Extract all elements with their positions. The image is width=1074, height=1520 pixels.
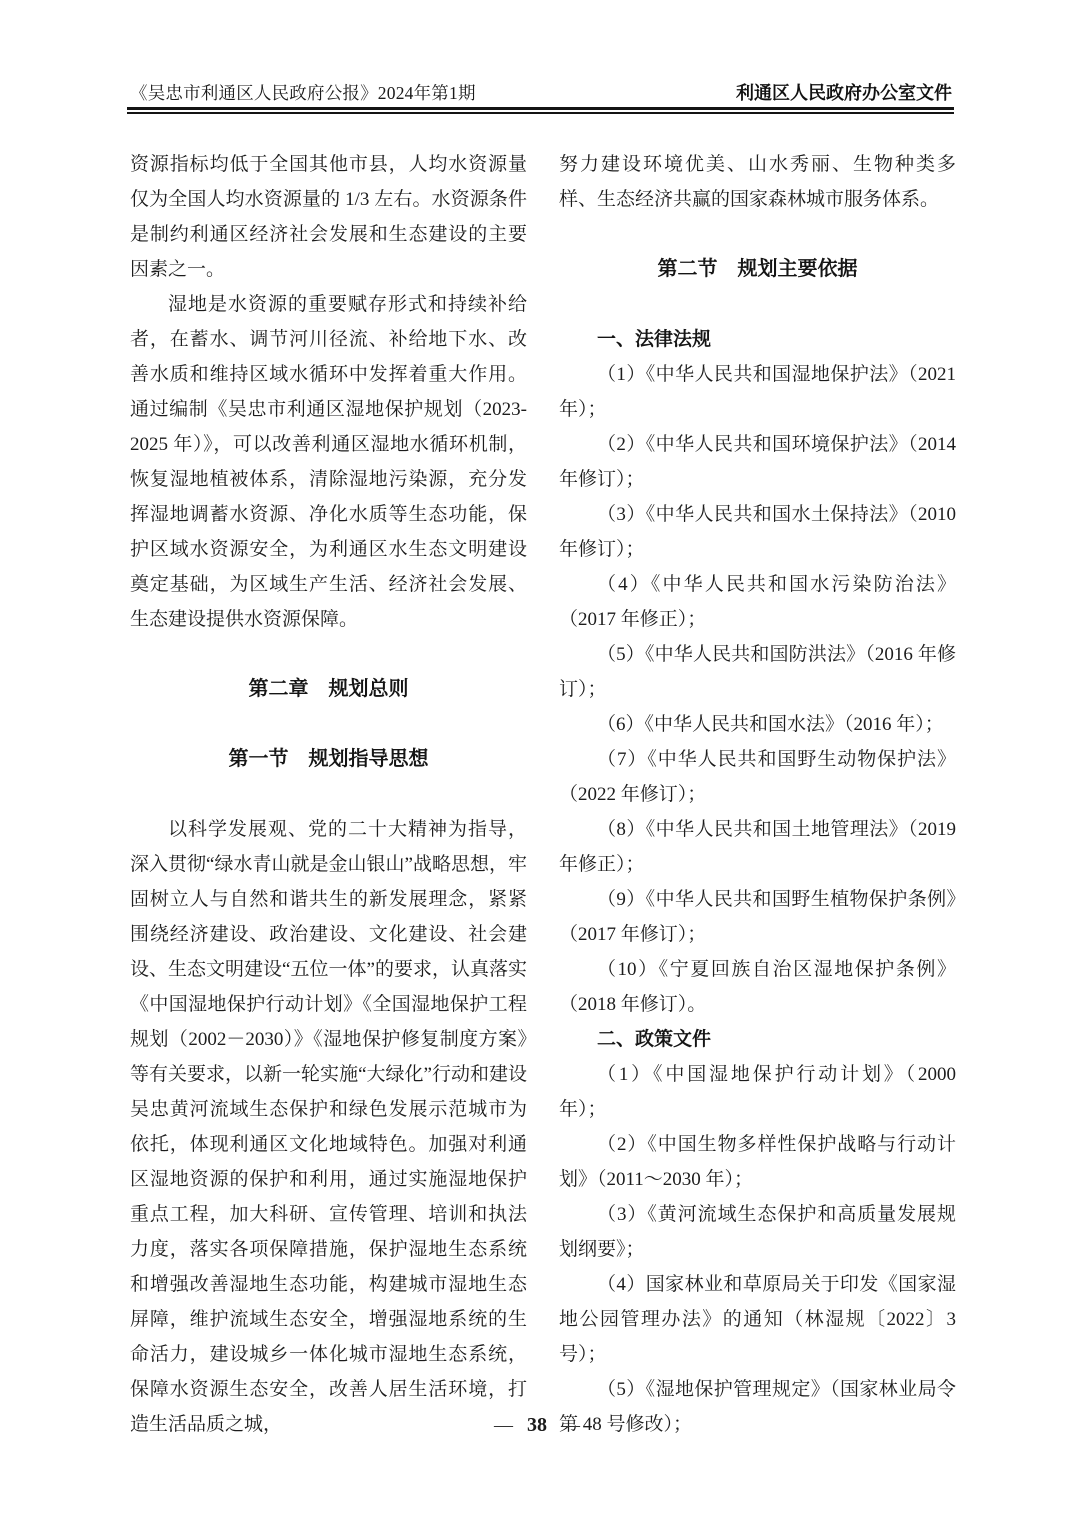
law-item: （7）《中华人民共和国野生动物保护法》（2022 年修订）； <box>559 742 956 812</box>
footer-dash-left: — <box>494 1415 513 1436</box>
paragraph-continuation: 努力建设环境优美、山水秀丽、生物种类多样、生态经济共赢的国家森林城市服务体系。 <box>559 147 956 217</box>
left-column: 资源指标均低于全国其他市县，人均水资源量仅为全国人均水资源量的 1/3 左右。水… <box>130 147 527 1442</box>
law-item: （5）《中华人民共和国防洪法》（2016 年修订）； <box>559 637 956 707</box>
section-heading-guiding-thought: 第一节 规划指导思想 <box>130 742 527 777</box>
policy-item: （2）《中国生物多样性保护战略与行动计划》（2011～2030 年）； <box>559 1127 956 1197</box>
paragraph-wetland-role: 湿地是水资源的重要赋存形式和持续补给者，在蓄水、调节河川径流、补给地下水、改善水… <box>130 287 527 637</box>
law-item: （9）《中华人民共和国野生植物保护条例》（2017 年修订）； <box>559 882 956 952</box>
content-columns: 资源指标均低于全国其他市县，人均水资源量仅为全国人均水资源量的 1/3 左右。水… <box>130 147 956 1442</box>
page-number: 38 <box>527 1414 547 1436</box>
header-rule <box>127 107 954 114</box>
law-item: （8）《中华人民共和国土地管理法》（2019 年修正）； <box>559 812 956 882</box>
law-item: （3）《中华人民共和国水土保持法》（2010 年修订）； <box>559 497 956 567</box>
right-column: 努力建设环境优美、山水秀丽、生物种类多样、生态经济共赢的国家森林城市服务体系。 … <box>559 147 956 1442</box>
footer-dash-right: — <box>561 1415 580 1436</box>
section-heading-planning-basis: 第二节 规划主要依据 <box>559 252 956 287</box>
policy-item: （1）《中国湿地保护行动计划》（2000 年）； <box>559 1057 956 1127</box>
page-footer: —38— <box>0 1408 1074 1443</box>
subheading-policies: 二、政策文件 <box>559 1022 956 1057</box>
paragraph-guiding-thought: 以科学发展观、党的二十大精神为指导，深入贯彻“绿水青山就是金山银山”战略思想，牢… <box>130 812 527 1442</box>
law-item: （6）《中华人民共和国水法》（2016 年）； <box>559 707 956 742</box>
law-item: （4）《中华人民共和国水污染防治法》（2017 年修正）； <box>559 567 956 637</box>
law-item: （10）《宁夏回族自治区湿地保护条例》（2018 年修订）。 <box>559 952 956 1022</box>
gazette-page: 《吴忠市利通区人民政府公报》2024年第1期 利通区人民政府办公室文件 资源指标… <box>0 0 1074 1520</box>
policy-item: （4）国家林业和草原局关于印发《国家湿地公园管理办法》的通知（林湿规〔2022〕… <box>559 1267 956 1372</box>
law-item: （2）《中华人民共和国环境保护法》（2014 年修订）； <box>559 427 956 497</box>
subheading-laws: 一、法律法规 <box>559 322 956 357</box>
header-gazette-title: 《吴忠市利通区人民政府公报》2024年第1期 <box>130 80 476 105</box>
chapter-heading: 第二章 规划总则 <box>130 672 527 707</box>
header-doc-type: 利通区人民政府办公室文件 <box>736 79 952 105</box>
policy-item: （3）《黄河流域生态保护和高质量发展规划纲要》； <box>559 1197 956 1267</box>
paragraph-water-resources: 资源指标均低于全国其他市县，人均水资源量仅为全国人均水资源量的 1/3 左右。水… <box>130 147 527 287</box>
law-item: （1）《中华人民共和国湿地保护法》（2021 年）； <box>559 357 956 427</box>
